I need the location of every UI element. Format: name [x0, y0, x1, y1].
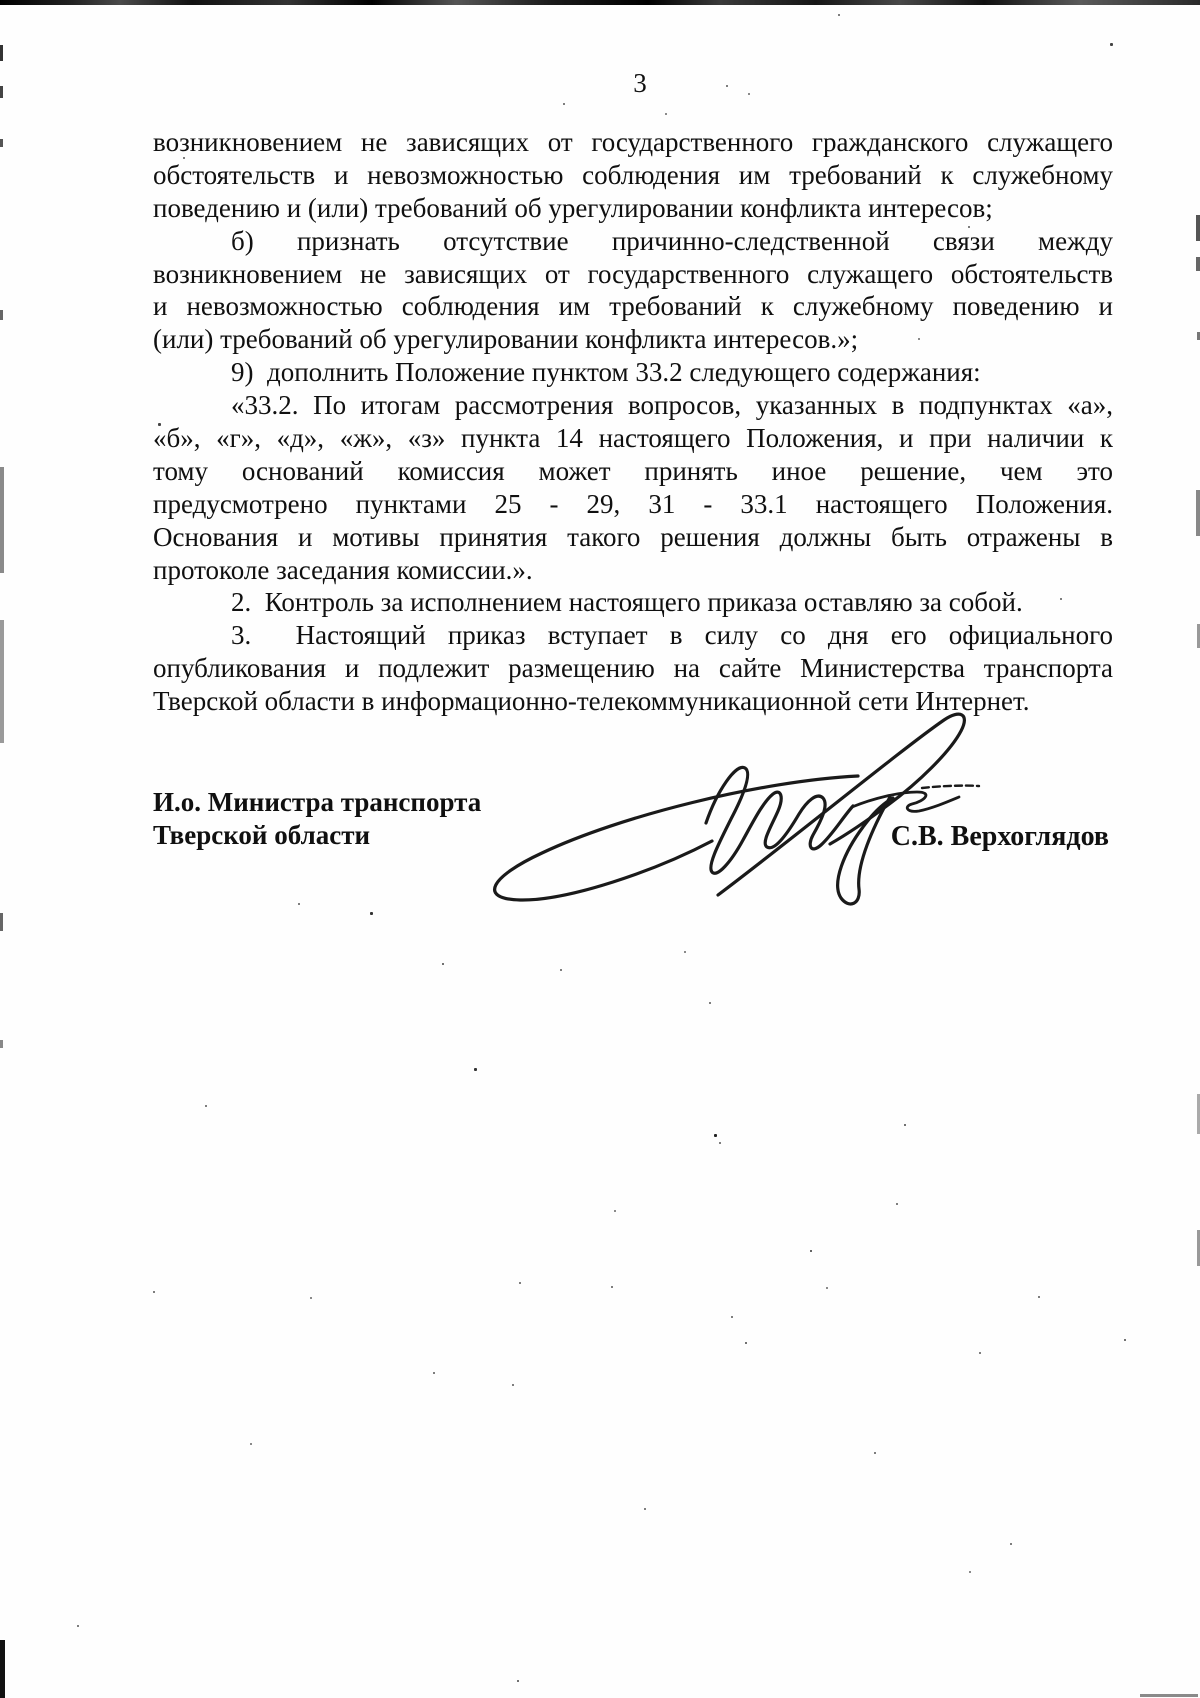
- text-line: 2. Контроль за исполнением настоящего пр…: [153, 586, 1113, 619]
- scan-speck: [370, 912, 373, 915]
- signer-name: С.В. Верхоглядов: [891, 820, 1109, 853]
- scan-speck: [298, 903, 300, 905]
- scan-edge-artifact: [1196, 490, 1200, 536]
- scan-speck: [1124, 1339, 1126, 1341]
- scan-speck: [611, 1286, 613, 1288]
- signature-block: И.о. Министра транспорта Тверской област…: [153, 786, 1113, 858]
- scan-speck: [810, 1250, 812, 1252]
- page-number: 3: [600, 68, 680, 98]
- text-line: возникновением не зависящих от государст…: [153, 126, 1113, 159]
- scan-speck: [969, 1571, 971, 1573]
- scan-speck: [968, 226, 970, 228]
- scan-edge-artifact: [0, 620, 4, 743]
- scan-speck: [684, 951, 686, 953]
- scan-speck: [874, 1452, 876, 1454]
- scan-speck: [205, 1105, 207, 1107]
- scan-speck: [745, 1342, 747, 1344]
- scan-speck: [1010, 1543, 1012, 1545]
- scan-speck: [250, 1443, 252, 1445]
- scan-edge-artifact: [0, 139, 3, 147]
- scan-speck: [826, 1287, 828, 1289]
- document-body: возникновением не зависящих от государст…: [153, 126, 1113, 718]
- text-line: Основания и мотивы принятия такого решен…: [153, 521, 1113, 554]
- text-line: и невозможностью соблюдения им требовани…: [153, 290, 1113, 323]
- scan-edge-artifact: [1140, 1694, 1198, 1697]
- text-line: предусмотрено пунктами 25 - 29, 31 - 33.…: [153, 488, 1113, 521]
- text-line: возникновением не зависящих от государст…: [153, 258, 1113, 291]
- scan-speck: [517, 1680, 519, 1682]
- scan-edge-artifact: [0, 310, 3, 320]
- scan-speck: [1060, 598, 1062, 600]
- scan-speck: [918, 338, 920, 340]
- text-line: 3. Настоящий приказ вступает в силу со д…: [153, 619, 1113, 652]
- scan-edge-artifact: [0, 1640, 5, 1698]
- scan-speck: [560, 969, 562, 971]
- scan-speck: [726, 85, 728, 87]
- scan-edge-artifact: [0, 86, 3, 98]
- scan-speck: [614, 1210, 616, 1212]
- text-line: опубликования и подлежит размещению на с…: [153, 652, 1113, 685]
- scan-speck: [760, 243, 763, 246]
- scan-speck: [719, 1142, 721, 1144]
- scan-edge-artifact: [0, 1040, 3, 1048]
- scan-edge-artifact: [0, 45, 3, 61]
- scan-edge-artifact-top: [0, 0, 1200, 5]
- scan-speck: [442, 963, 444, 965]
- scan-speck: [310, 1297, 312, 1299]
- scan-edge-artifact: [1196, 215, 1200, 241]
- text-line: протоколе заседания комиссии.».: [153, 554, 1113, 587]
- scan-speck: [77, 1625, 79, 1627]
- scan-speck: [512, 1384, 514, 1386]
- text-line: тому оснований комиссия может принять ин…: [153, 455, 1113, 488]
- scan-speck: [665, 113, 667, 115]
- paragraph: 2. Контроль за исполнением настоящего пр…: [153, 586, 1113, 619]
- scan-speck: [838, 14, 840, 16]
- scan-speck: [644, 1508, 646, 1510]
- scan-speck: [158, 423, 161, 426]
- scan-edge-artifact: [1196, 257, 1200, 271]
- text-line: 9) дополнить Положение пунктом 33.2 след…: [153, 356, 1113, 389]
- scan-speck: [433, 1372, 435, 1374]
- paragraph: «33.2. По итогам рассмотрения вопросов, …: [153, 389, 1113, 586]
- paragraph: 9) дополнить Положение пунктом 33.2 след…: [153, 356, 1113, 389]
- scan-speck: [474, 1068, 477, 1071]
- paragraph: б) признать отсутствие причинно-следстве…: [153, 225, 1113, 357]
- scanned-document-page: 3 возникновением не зависящих от государ…: [0, 0, 1200, 1698]
- scan-speck: [714, 1134, 717, 1137]
- scan-speck: [1110, 43, 1113, 46]
- scan-edge-artifact: [0, 913, 3, 931]
- scan-speck: [731, 1316, 733, 1318]
- scan-speck: [1038, 1296, 1040, 1298]
- text-line: обстоятельств и невозможностью соблюдени…: [153, 159, 1113, 192]
- scan-speck: [153, 1291, 155, 1293]
- scan-speck: [183, 157, 185, 159]
- text-line: поведению и (или) требований об урегулир…: [153, 192, 1113, 225]
- signer-position-line2: Тверской области: [153, 819, 481, 852]
- scan-speck: [519, 1282, 521, 1284]
- text-line: б) признать отсутствие причинно-следстве…: [153, 225, 1113, 258]
- scan-edge-artifact: [0, 467, 4, 573]
- scan-speck: [748, 93, 750, 95]
- signer-position-line1: И.о. Министра транспорта: [153, 786, 481, 819]
- text-line: «б», «г», «д», «ж», «з» пункта 14 настоя…: [153, 422, 1113, 455]
- scan-speck: [709, 1002, 711, 1004]
- scan-speck: [979, 1352, 981, 1354]
- paragraph: возникновением не зависящих от государст…: [153, 126, 1113, 225]
- text-line: (или) требований об урегулировании конфл…: [153, 323, 1113, 356]
- text-line: «33.2. По итогам рассмотрения вопросов, …: [153, 389, 1113, 422]
- signer-position: И.о. Министра транспорта Тверской област…: [153, 786, 481, 852]
- scan-speck: [904, 1124, 906, 1126]
- scan-speck: [563, 103, 565, 105]
- scan-speck: [896, 1203, 898, 1205]
